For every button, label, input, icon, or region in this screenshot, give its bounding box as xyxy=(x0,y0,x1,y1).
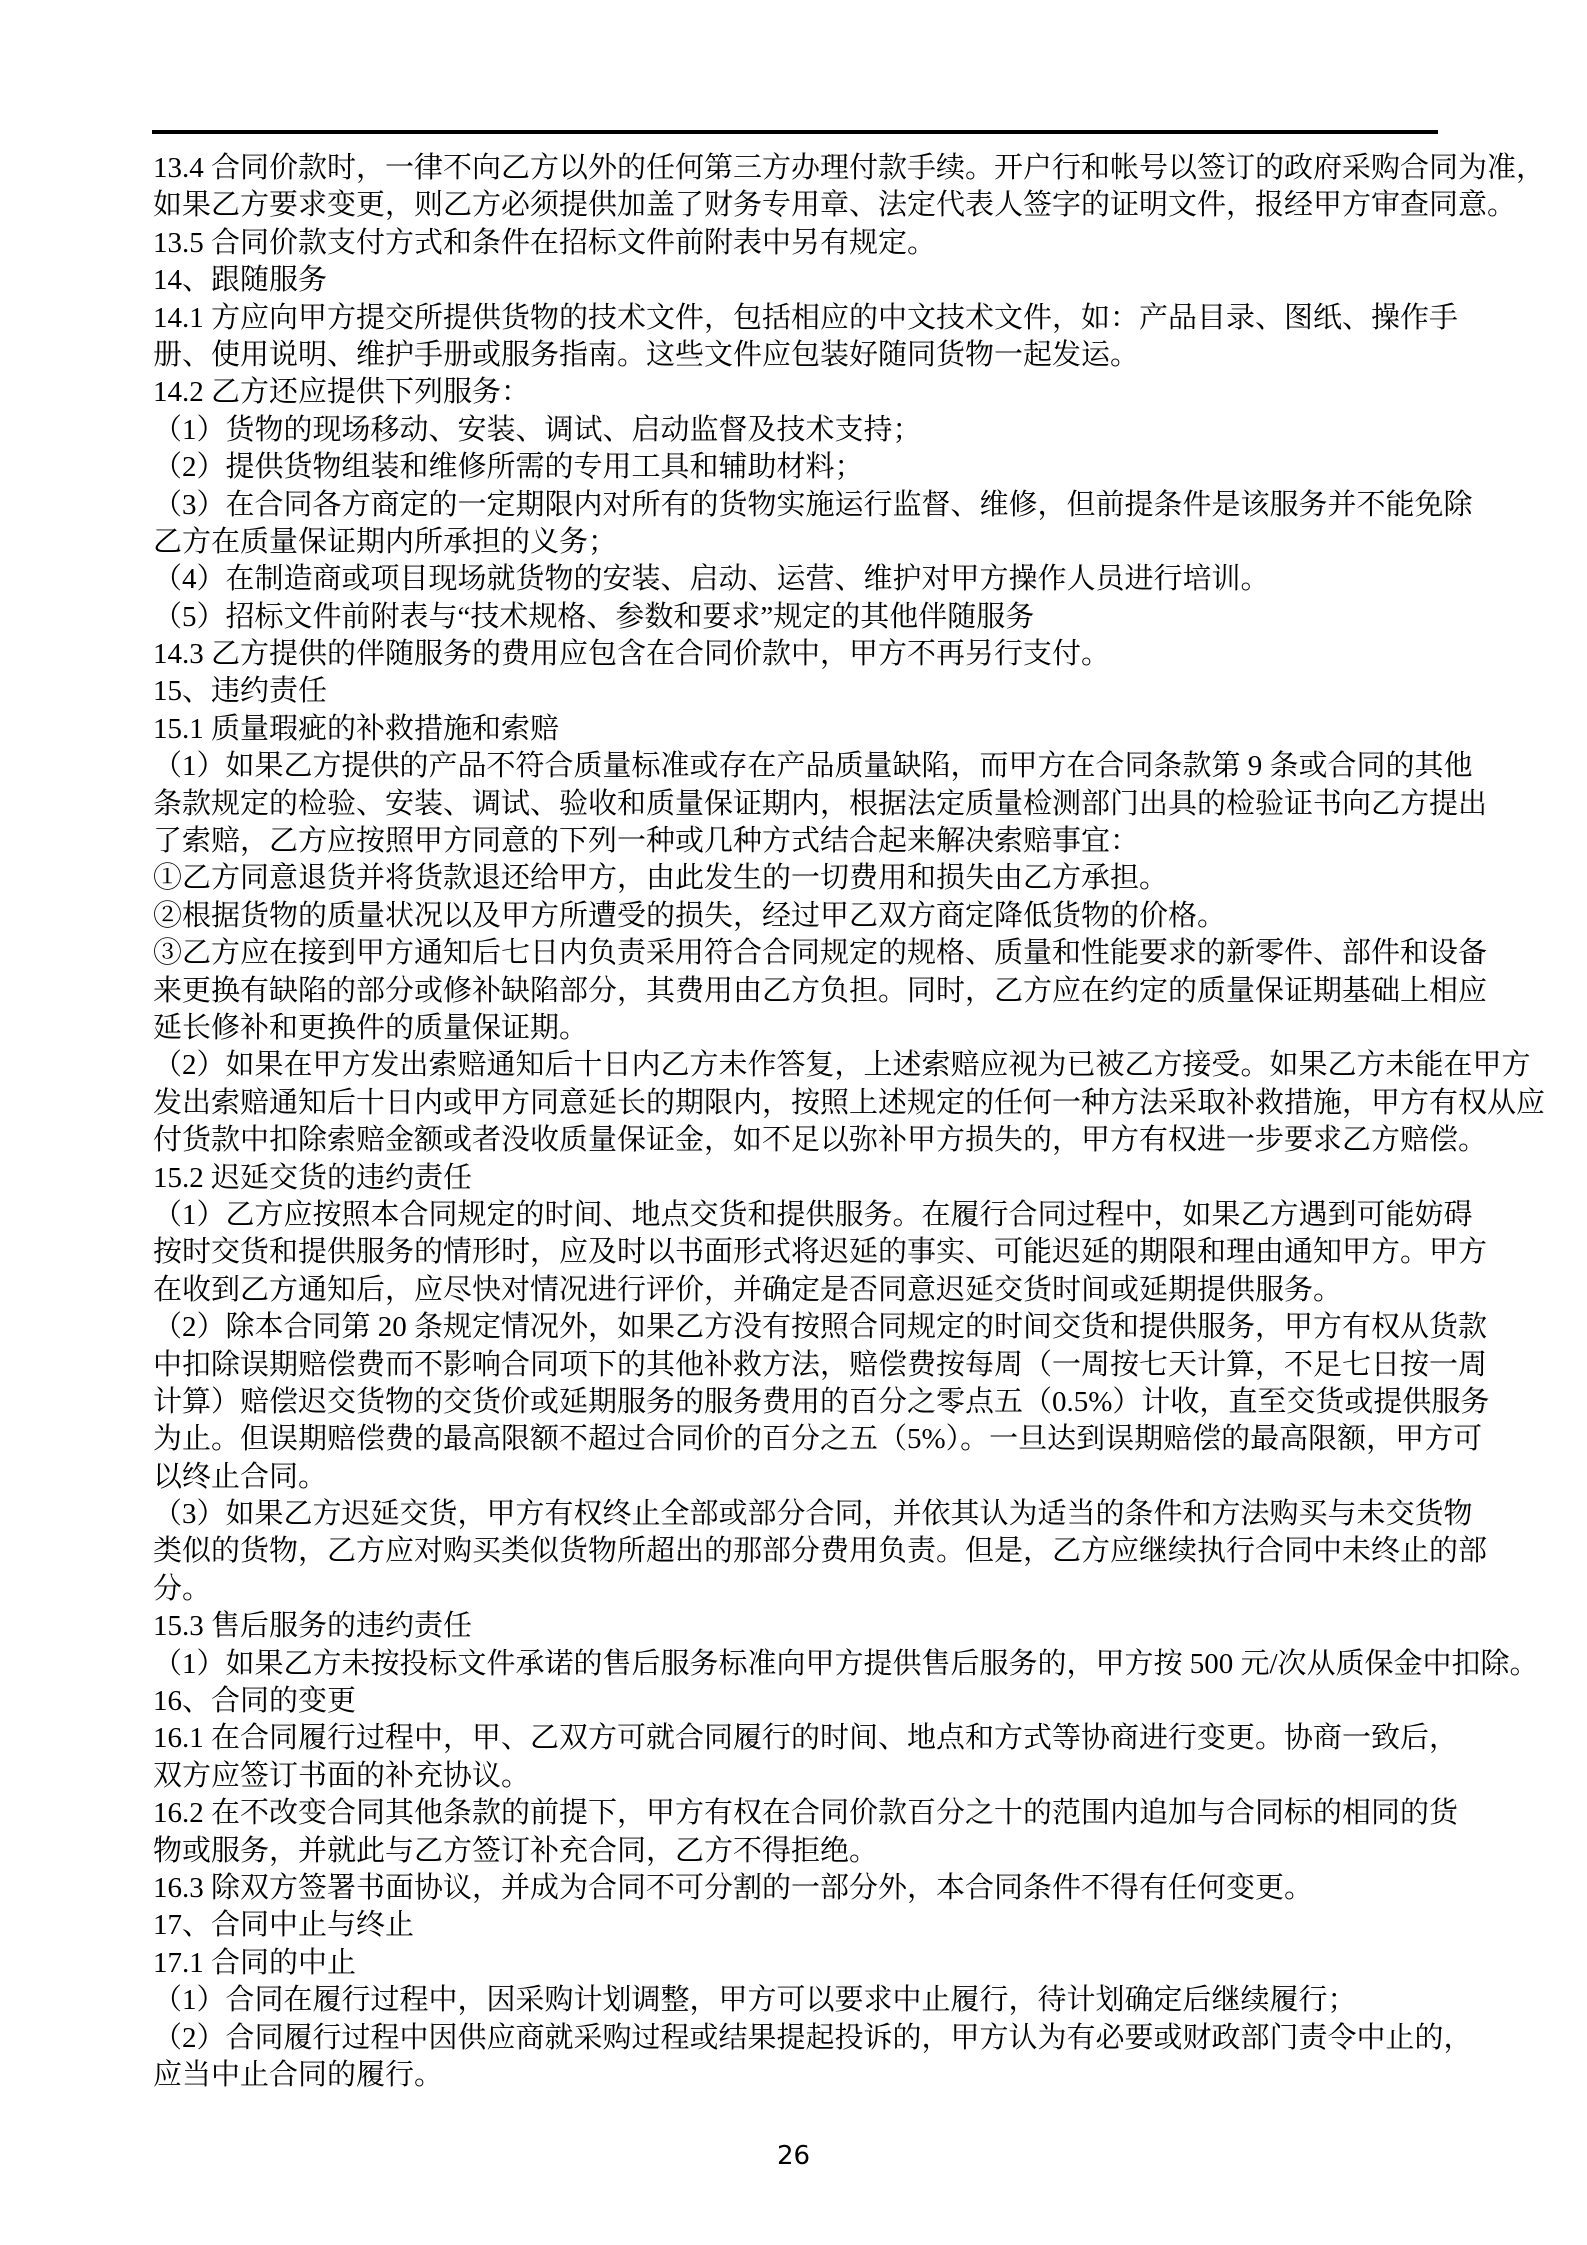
text-line: 分。 xyxy=(153,1571,1555,1608)
text-line: 15.3 售后服务的违约责任 xyxy=(153,1608,1555,1645)
text-line: （1）货物的现场移动、安装、调试、启动监督及技术支持； xyxy=(153,412,1555,449)
text-line: （1）乙方应按照本合同规定的时间、地点交货和提供服务。在履行合同过程中，如果乙方… xyxy=(153,1197,1555,1234)
text-line: 17、合同中止与终止 xyxy=(153,1907,1555,1944)
text-line: 13.4 合同价款时，一律不向乙方以外的任何第三方办理付款手续。开户行和帐号以签… xyxy=(153,150,1555,187)
text-line: （1）如果乙方未按投标文件承诺的售后服务标准向甲方提供售后服务的，甲方按 500… xyxy=(153,1646,1555,1683)
text-line: 17.1 合同的中止 xyxy=(153,1945,1555,1982)
text-line: 付货款中扣除索赔金额或者没收质量保证金，如不足以弥补甲方损失的，甲方有权进一步要… xyxy=(153,1122,1555,1159)
text-line: 15、违约责任 xyxy=(153,673,1555,710)
text-line: 乙方在质量保证期内所承担的义务； xyxy=(153,524,1555,561)
text-line: 14.2 乙方还应提供下列服务： xyxy=(153,374,1555,411)
text-line: 应当中止合同的履行。 xyxy=(153,2057,1555,2094)
text-line: 册、使用说明、维护手册或服务指南。这些文件应包装好随同货物一起发运。 xyxy=(153,337,1555,374)
text-line: 按时交货和提供服务的情形时，应及时以书面形式将迟延的事实、可能迟延的期限和理由通… xyxy=(153,1234,1555,1271)
text-line: 14.3 乙方提供的伴随服务的费用应包含在合同价款中，甲方不再另行支付。 xyxy=(153,636,1555,673)
text-line: ②根据货物的质量状况以及甲方所遭受的损失，经过甲乙双方商定降低货物的价格。 xyxy=(153,898,1555,935)
text-line: 16.2 在不改变合同其他条款的前提下，甲方有权在合同价款百分之十的范围内追加与… xyxy=(153,1795,1555,1832)
text-line: 15.2 迟延交货的违约责任 xyxy=(153,1160,1555,1197)
text-line: 物或服务，并就此与乙方签订补充合同，乙方不得拒绝。 xyxy=(153,1833,1555,1870)
text-line: （2）合同履行过程中因供应商就采购过程或结果提起投诉的，甲方认为有必要或财政部门… xyxy=(153,2020,1555,2057)
text-line: 15.1 质量瑕疵的补救措施和索赔 xyxy=(153,711,1555,748)
text-line: 如果乙方要求变更，则乙方必须提供加盖了财务专用章、法定代表人签字的证明文件，报经… xyxy=(153,187,1555,224)
text-line: 延长修补和更换件的质量保证期。 xyxy=(153,1010,1555,1047)
text-line: （2）提供货物组装和维修所需的专用工具和辅助材料； xyxy=(153,449,1555,486)
text-line: （2）如果在甲方发出索赔通知后十日内乙方未作答复，上述索赔应视为已被乙方接受。如… xyxy=(153,1047,1555,1084)
text-line: 14.1 方应向甲方提交所提供货物的技术文件，包括相应的中文技术文件，如：产品目… xyxy=(153,300,1555,337)
text-line: （4）在制造商或项目现场就货物的安装、启动、运营、维护对甲方操作人员进行培训。 xyxy=(153,561,1555,598)
text-line: （5）招标文件前附表与“技术规格、参数和要求”规定的其他伴随服务 xyxy=(153,599,1555,636)
text-line: 条款规定的检验、安装、调试、验收和质量保证期内，根据法定质量检测部门出具的检验证… xyxy=(153,786,1555,823)
text-line: ①乙方同意退货并将货款退还给甲方，由此发生的一切费用和损失由乙方承担。 xyxy=(153,860,1555,897)
text-line: ③乙方应在接到甲方通知后七日内负责采用符合合同规定的规格、质量和性能要求的新零件… xyxy=(153,935,1555,972)
page-number: 26 xyxy=(0,2141,1587,2171)
text-line: 为止。但误期赔偿费的最高限额不超过合同价的百分之五（5%）。一旦达到误期赔偿的最… xyxy=(153,1421,1555,1458)
text-line: 计算）赔偿迟交货物的交货价或延期服务的服务费用的百分之零点五（0.5%）计收，直… xyxy=(153,1384,1555,1421)
text-line: 16.1 在合同履行过程中，甲、乙双方可就合同履行的时间、地点和方式等协商进行变… xyxy=(153,1720,1555,1757)
header-rule xyxy=(152,130,1438,134)
text-line: 16.3 除双方签署书面协议，并成为合同不可分割的一部分外，本合同条件不得有任何… xyxy=(153,1870,1555,1907)
text-line: 了索赔，乙方应按照甲方同意的下列一种或几种方式结合起来解决索赔事宜： xyxy=(153,823,1555,860)
text-line: 来更换有缺陷的部分或修补缺陷部分，其费用由乙方负担。同时，乙方应在约定的质量保证… xyxy=(153,973,1555,1010)
text-line: 类似的货物，乙方应对购买类似货物所超出的那部分费用负责。但是，乙方应继续执行合同… xyxy=(153,1533,1555,1570)
text-line: 13.5 合同价款支付方式和条件在招标文件前附表中另有规定。 xyxy=(153,225,1555,262)
text-line: （3）在合同各方商定的一定期限内对所有的货物实施运行监督、维修，但前提条件是该服… xyxy=(153,487,1555,524)
document-body: 13.4 合同价款时，一律不向乙方以外的任何第三方办理付款手续。开户行和帐号以签… xyxy=(153,150,1555,2094)
text-line: （3）如果乙方迟延交货，甲方有权终止全部或部分合同，并依其认为适当的条件和方法购… xyxy=(153,1496,1555,1533)
text-line: 双方应签订书面的补充协议。 xyxy=(153,1758,1555,1795)
text-line: 在收到乙方通知后，应尽快对情况进行评价，并确定是否同意迟延交货时间或延期提供服务… xyxy=(153,1272,1555,1309)
text-line: （1）合同在履行过程中，因采购计划调整，甲方可以要求中止履行，待计划确定后继续履… xyxy=(153,1982,1555,2019)
text-line: （2）除本合同第 20 条规定情况外，如果乙方没有按照合同规定的时间交货和提供服… xyxy=(153,1309,1555,1346)
text-line: 14、跟随服务 xyxy=(153,262,1555,299)
text-line: 以终止合同。 xyxy=(153,1459,1555,1496)
text-line: （1）如果乙方提供的产品不符合质量标准或存在产品质量缺陷，而甲方在合同条款第 9… xyxy=(153,748,1555,785)
text-line: 16、合同的变更 xyxy=(153,1683,1555,1720)
text-line: 中扣除误期赔偿费而不影响合同项下的其他补救方法，赔偿费按每周（一周按七天计算，不… xyxy=(153,1347,1555,1384)
contract-page: 13.4 合同价款时，一律不向乙方以外的任何第三方办理付款手续。开户行和帐号以签… xyxy=(0,0,1587,2245)
text-line: 发出索赔通知后十日内或甲方同意延长的期限内，按照上述规定的任何一种方法采取补救措… xyxy=(153,1085,1555,1122)
